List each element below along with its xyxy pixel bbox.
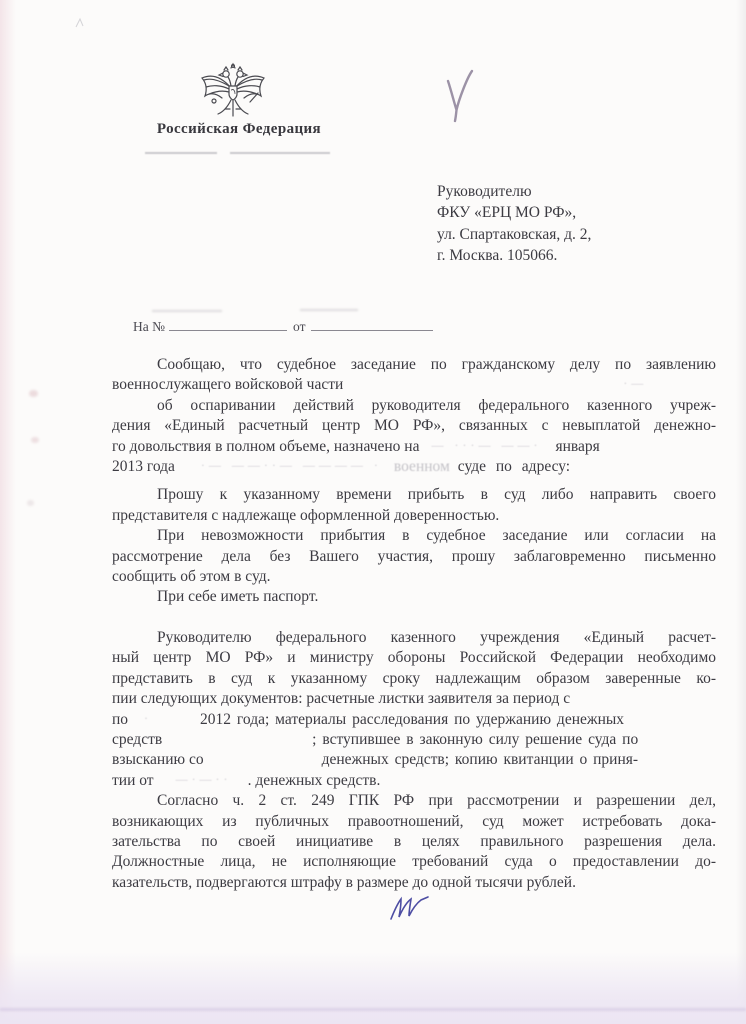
- scan-bottom-band: [0, 952, 746, 1024]
- body-line: взысканию соденежных средств; копию квит…: [112, 750, 716, 770]
- body-text: тии от: [112, 772, 154, 789]
- reference-line: На №от: [133, 318, 433, 335]
- body-line: Должностные лица, не исполняющие требова…: [112, 852, 716, 872]
- scan-speck: [29, 390, 38, 397]
- scan-bottom-line: [0, 1008, 746, 1011]
- body-text: Должностные лица, не исполняющие требова…: [112, 853, 716, 870]
- letterhead-rule: [145, 152, 217, 154]
- body-line: го довольствия в полном объеме, назначен…: [112, 437, 716, 457]
- body-text: Сообщаю, что судебное заседание по гражд…: [157, 356, 716, 373]
- body-line: казательств, подвергаются штрафу в разме…: [112, 873, 716, 893]
- body-text: взысканию со: [112, 751, 204, 768]
- body-text: зательства по своей инициативе в целях п…: [112, 833, 716, 850]
- body-line: При себе иметь паспорт.: [112, 587, 716, 607]
- russia-coat-of-arms-icon: [197, 62, 269, 120]
- body-text: военнослужащего войсковой части: [112, 376, 343, 393]
- reference-na-label: На №: [133, 319, 165, 334]
- body-line: сообщить об этом в суд.: [112, 567, 716, 587]
- scanned-letter-page: Российская Федерация РуководителюФКУ «ЕР…: [0, 0, 746, 1024]
- recipient-line: Руководителю: [437, 181, 591, 202]
- body-text: денежных средств; копию квитанции о прин…: [322, 751, 638, 768]
- reference-date-blank: [311, 318, 433, 331]
- body-line: пии следующих документов: расчетные лист…: [112, 689, 716, 709]
- scan-corner-mark-icon: [73, 16, 87, 30]
- document-body: Сообщаю, что судебное заседание по гражд…: [112, 355, 716, 893]
- body-text: Согласно ч. 2 ст. 249 ГПК РФ при рассмот…: [157, 792, 716, 809]
- reference-number-blank: [169, 318, 287, 331]
- body-line: тии от—·—··. денежных средств.: [112, 771, 716, 791]
- body-line: средств; вступившее в законную силу реше…: [112, 730, 716, 750]
- body-text: При невозможности прибытия в судебное за…: [157, 527, 716, 544]
- body-text: казательств, подвергаются штрафу в разме…: [112, 874, 576, 891]
- body-text: Прошу к указанному времени прибыть в суд…: [157, 486, 716, 503]
- body-text: Руководителю федерального казенного учре…: [157, 629, 716, 646]
- body-text: об оспаривании действий руководителя фед…: [157, 397, 716, 414]
- body-text: по: [112, 711, 128, 728]
- body-text: средств: [112, 731, 162, 748]
- body-text: сообщить об этом в суд.: [112, 568, 271, 585]
- body-text: дения «Единый расчетный центр МО РФ», св…: [112, 417, 716, 434]
- body-text: ; вступившее в законную силу решение суд…: [312, 731, 638, 748]
- scan-speck: [27, 500, 34, 506]
- redaction-trace: —·—··: [176, 769, 232, 789]
- recipient-block: РуководителюФКУ «ЕРЦ МО РФ»,ул. Спартако…: [437, 181, 591, 267]
- body-line: При невозможности прибытия в судебное за…: [112, 526, 716, 546]
- body-line: зательства по своей инициативе в целях п…: [112, 832, 716, 852]
- body-line: дения «Единый расчетный центр МО РФ», св…: [112, 416, 716, 436]
- body-text: представителя с надлежаще оформленной до…: [112, 507, 499, 524]
- redaction-trace: [152, 310, 222, 312]
- check-mark-icon: [441, 68, 485, 126]
- body-text: го довольствия в полном объеме, назначен…: [112, 438, 419, 455]
- reference-ot-label: от: [293, 319, 305, 334]
- scan-speck: [31, 437, 39, 443]
- body-line: возникающих из публичных правоотношений,…: [112, 812, 716, 832]
- scan-left-edge: [0, 0, 16, 1024]
- body-line: Руководителю федерального казенного учре…: [112, 628, 716, 648]
- body-text: 2013 года: [112, 458, 175, 475]
- body-line: рассмотрение дела без Вашего участия, пр…: [112, 547, 716, 567]
- body-text: . денежных средств.: [248, 772, 381, 789]
- redaction-trace: ·—: [623, 373, 647, 393]
- redaction-trace: ·— ——··— ———— ·: [201, 455, 382, 475]
- body-text: января: [555, 438, 599, 455]
- body-line: по·2012 года; материалы расследования по…: [112, 710, 716, 730]
- recipient-line: ФКУ «ЕРЦ МО РФ»,: [437, 202, 591, 223]
- redaction-trace: [300, 309, 358, 311]
- body-text: При себе иметь паспорт.: [157, 588, 318, 605]
- body-text: представить в суд к указанному сроку над…: [112, 670, 716, 687]
- redaction-trace: — ···— ——·: [431, 435, 541, 455]
- body-line: Согласно ч. 2 ст. 249 ГПК РФ при рассмот…: [112, 791, 716, 811]
- body-line: ный центр МО РФ» и министру обороны Росс…: [112, 648, 716, 668]
- letterhead-rule: [230, 152, 330, 154]
- body-text: ный центр МО РФ» и министру обороны Росс…: [112, 649, 716, 666]
- body-text: суде по адресу:: [458, 458, 570, 475]
- recipient-line: ул. Спартаковская, д. 2,: [437, 224, 591, 245]
- body-text: рассмотрение дела без Вашего участия, пр…: [112, 548, 716, 565]
- redaction-trace: ·: [144, 708, 152, 728]
- body-text: возникающих из публичных правоотношений,…: [112, 813, 716, 830]
- recipient-line: г. Москва. 105066.: [437, 245, 591, 266]
- body-text: военном: [394, 458, 450, 475]
- body-text: 2012 года; материалы расследования по уд…: [200, 711, 624, 728]
- body-line: об оспаривании действий руководителя фед…: [112, 396, 716, 416]
- body-line: представителя с надлежаще оформленной до…: [112, 506, 716, 526]
- scan-right-edge: [736, 0, 746, 1024]
- body-line: Сообщаю, что судебное заседание по гражд…: [112, 355, 716, 375]
- letterhead-country: Российская Федерация: [150, 121, 328, 138]
- body-line: представить в суд к указанному сроку над…: [112, 669, 716, 689]
- body-line: 2013 года·— ——··— ———— ·военномсуде по а…: [112, 457, 716, 477]
- body-line: Прошу к указанному времени прибыть в суд…: [112, 485, 716, 505]
- body-line: военнослужащего войсковой части·—: [112, 375, 716, 395]
- body-text: пии следующих документов: расчетные лист…: [112, 690, 570, 707]
- pen-scribble-icon: [388, 895, 432, 923]
